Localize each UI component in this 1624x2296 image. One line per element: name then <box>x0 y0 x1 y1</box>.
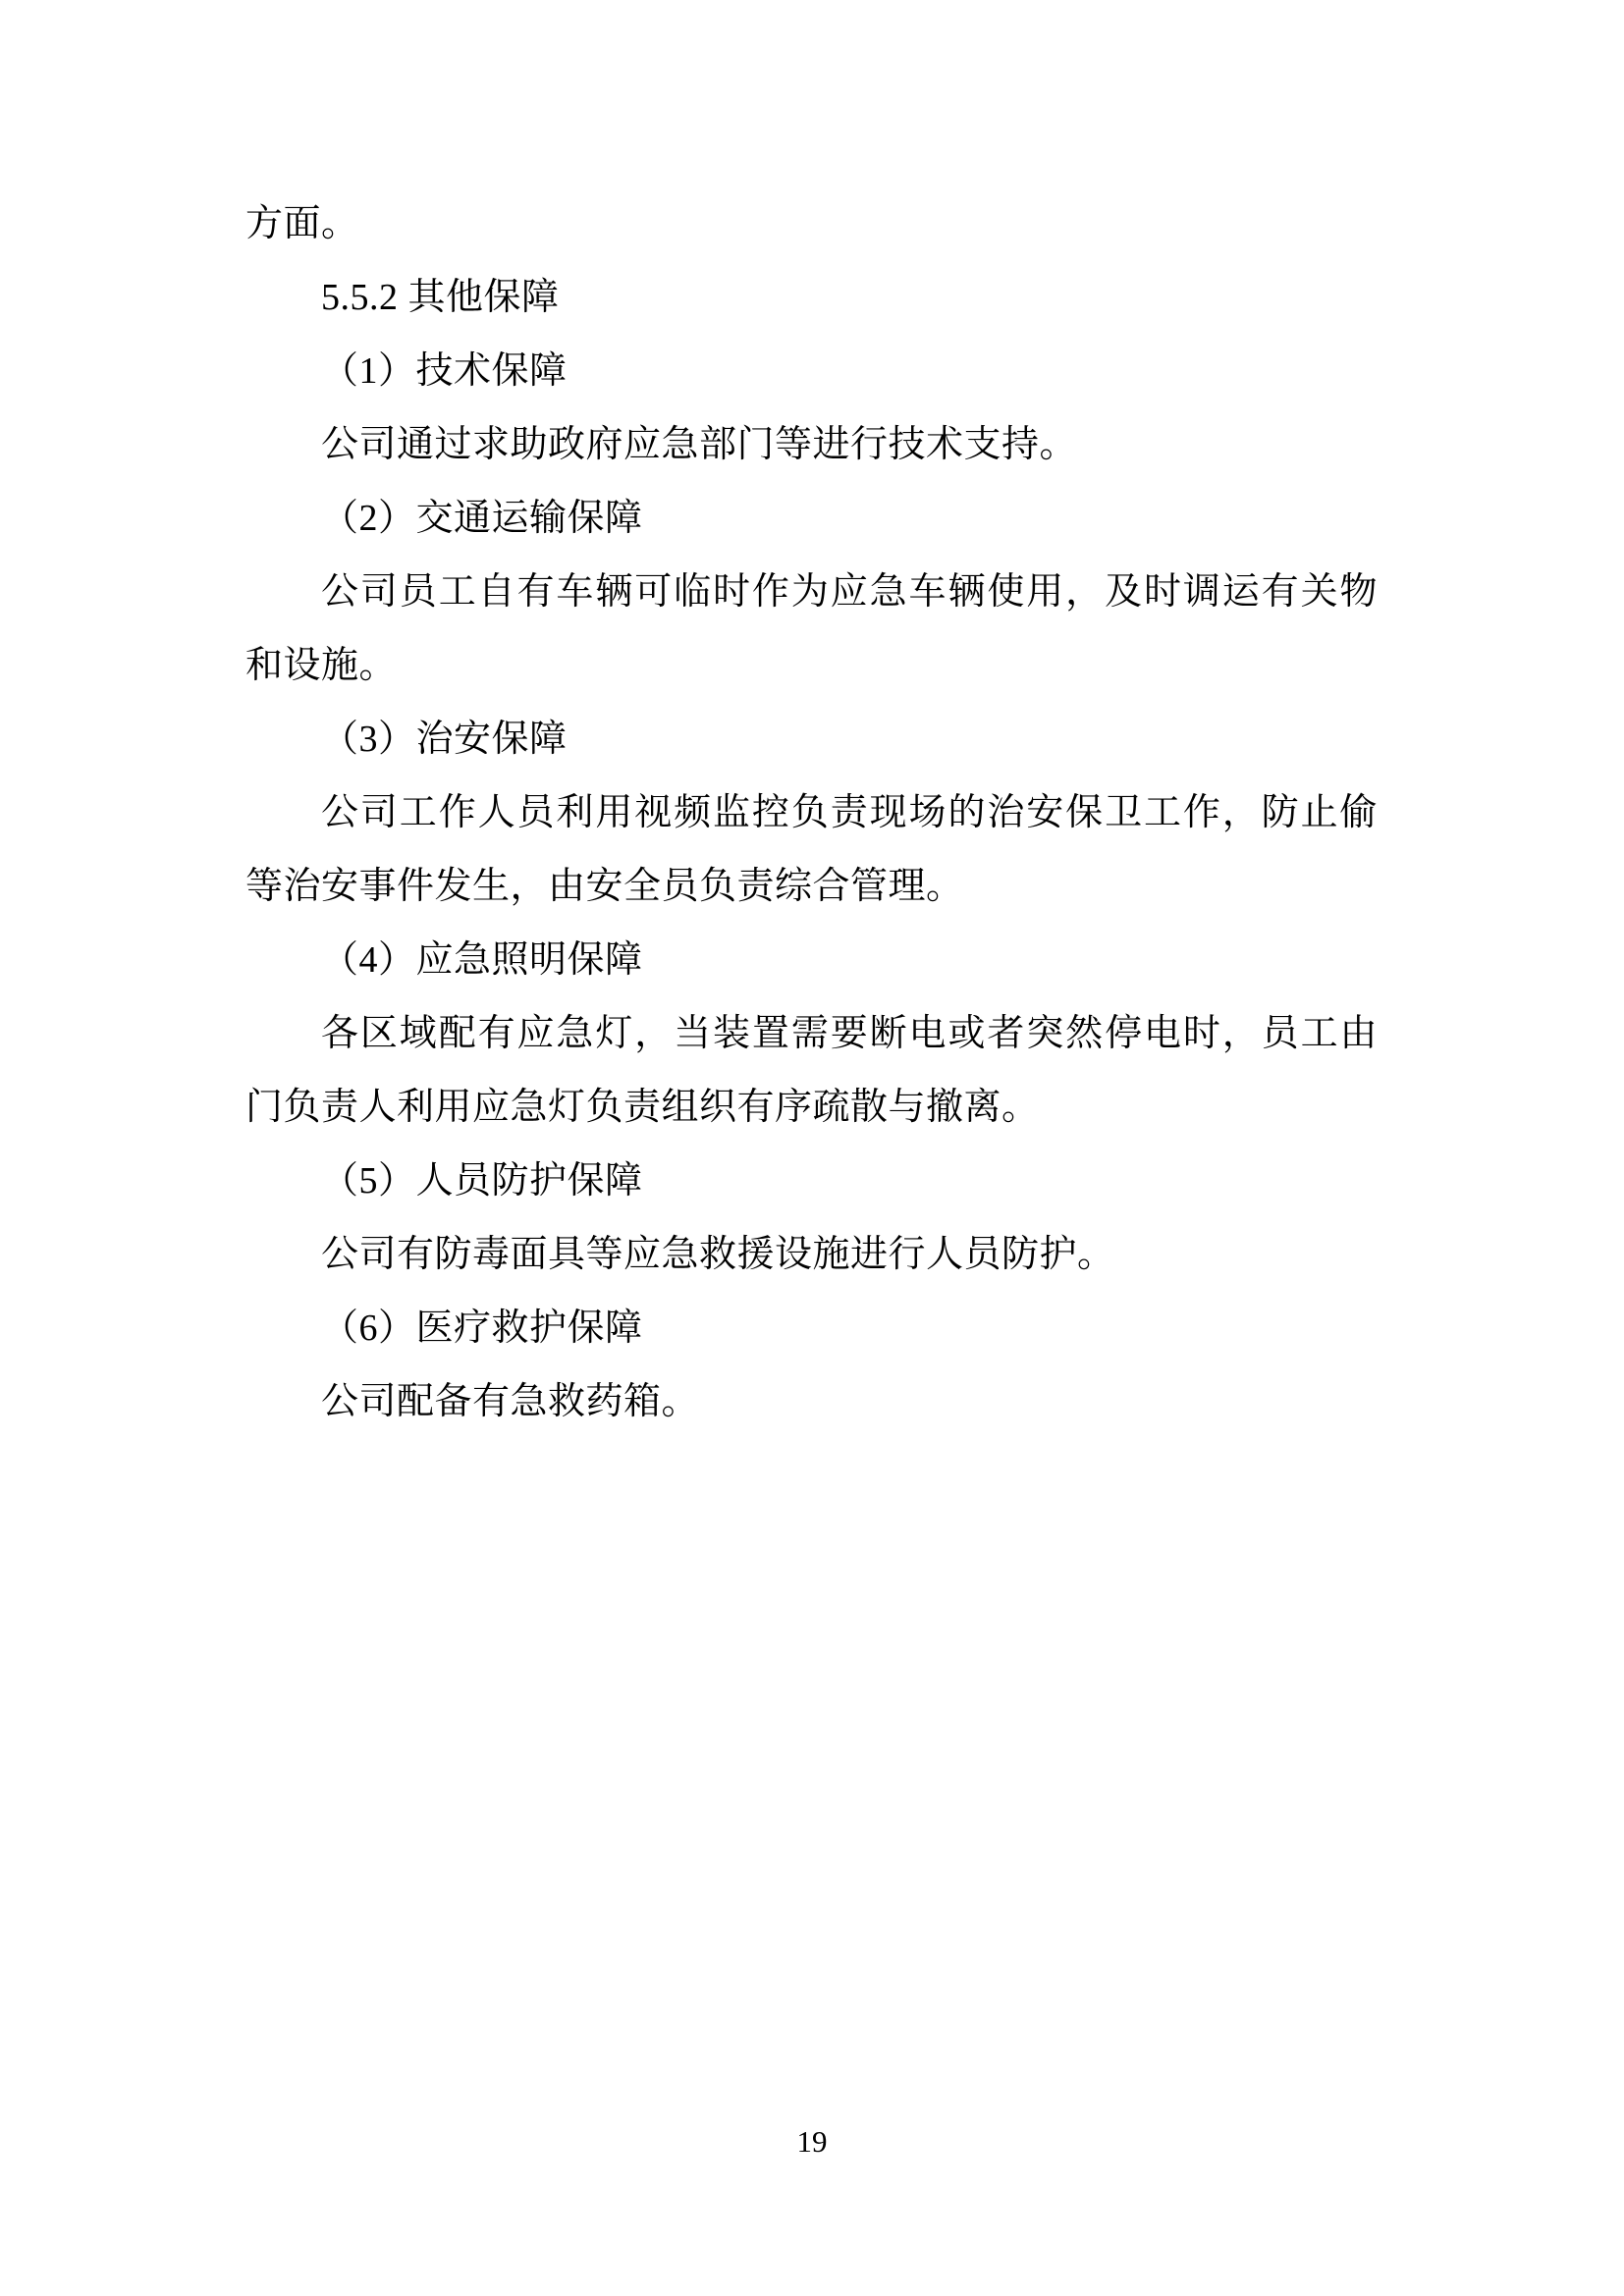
paragraph-continuation: 等治安事件发生，由安全员负责综合管理。 <box>245 850 1378 924</box>
document-body: 方面。 5.5.2 其他保障 （1）技术保障 公司通过求助政府应急部门等进行技术… <box>245 187 1378 1439</box>
item-heading: （3）治安保障 <box>245 703 1378 776</box>
paragraph-line: 公司通过求助政府应急部门等进行技术支持。 <box>245 408 1378 482</box>
document-page: 方面。 5.5.2 其他保障 （1）技术保障 公司通过求助政府应急部门等进行技术… <box>0 0 1624 2296</box>
item-heading: （5）人员防护保障 <box>245 1145 1378 1218</box>
paragraph-line: 公司工作人员利用视频监控负责现场的治安保卫工作，防止偷盗 <box>245 776 1378 850</box>
item-heading: （6）医疗救护保障 <box>245 1292 1378 1365</box>
paragraph-continuation: 门负责人利用应急灯负责组织有序疏散与撤离。 <box>245 1071 1378 1145</box>
paragraph-continuation: 方面。 <box>245 187 1378 261</box>
paragraph-line: 各区域配有应急灯，当装置需要断电或者突然停电时，员工由部 <box>245 997 1378 1071</box>
item-heading: （4）应急照明保障 <box>245 924 1378 997</box>
paragraph-line: 公司有防毒面具等应急救援设施进行人员防护。 <box>245 1218 1378 1292</box>
page-number: 19 <box>0 2122 1624 2162</box>
item-heading: （2）交通运输保障 <box>245 482 1378 556</box>
item-heading: （1）技术保障 <box>245 335 1378 408</box>
section-heading: 5.5.2 其他保障 <box>245 261 1378 335</box>
paragraph-continuation: 和设施。 <box>245 629 1378 703</box>
paragraph-line: 公司配备有急救药箱。 <box>245 1365 1378 1439</box>
paragraph-line: 公司员工自有车辆可临时作为应急车辆使用，及时调运有关物资 <box>245 556 1378 629</box>
